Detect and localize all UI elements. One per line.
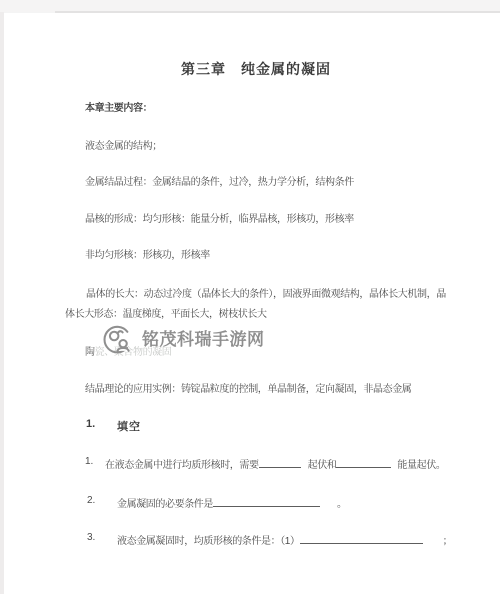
topic-line-heterogeneous-nucleation: 非均匀形核：形核功，形核率 (85, 249, 210, 262)
topic-line-crystal-growth-2: 体长大形态：温度梯度，平面长大，树枝状长大 (65, 308, 267, 321)
question-3: 3. 液态金属凝固时，均质形核的条件是：（1）； (0, 532, 500, 548)
question-1-text-part-3: 能量起伏。 (397, 460, 445, 471)
question-2-number: 2. (87, 495, 95, 506)
question-2-text: 金属凝固的必要条件是。 (117, 495, 347, 510)
question-1-blank-1 (259, 458, 301, 468)
question-3-text-part-1: 液态金属凝固时，均质形核的条件是：（1） (117, 536, 300, 547)
question-3-text: 液态金属凝固时，均质形核的条件是：（1）； (117, 532, 452, 547)
topic-line-crystallization-process: 金属结晶过程：金属结晶的条件，过冷，热力学分析，结构条件 (85, 176, 354, 189)
intro-heading: 本章主要内容： (85, 102, 152, 115)
topic-fragment-visible: 陶 (85, 347, 95, 358)
topic-line-application-examples: 结晶理论的应用实例：铸锭晶粒度的控制，单晶制备，定向凝固，非晶态金属 (85, 383, 411, 396)
watermark-text: 铭茂科瑞手游网 (142, 325, 265, 350)
question-1: 1. 在液态金属中进行均质形核时，需要起伏和能量起伏。 (0, 456, 500, 472)
question-2-text-part-2: 。 (337, 499, 347, 510)
scanned-document-viewport: 第三章 纯金属的凝固 本章主要内容： 液态金属的结构； 金属结晶过程：金属结晶的… (0, 0, 500, 594)
exercise-section-number: 1. (86, 418, 95, 430)
exercise-section-heading: 1. 填空 (0, 418, 500, 432)
topic-line-nucleus-formation: 晶核的形成：均匀形核：能量分析，临界晶核，形核功，形核率 (85, 213, 354, 226)
question-1-text-part-1: 在液态金属中进行均质形核时，需要 (105, 460, 259, 471)
question-1-text-part-2: 起伏和 (308, 460, 337, 471)
exercise-section-title: 填空 (117, 418, 141, 434)
question-1-text: 在液态金属中进行均质形核时，需要起伏和能量起伏。 (105, 456, 445, 471)
question-3-number: 3. (87, 532, 95, 543)
question-1-number: 1. (85, 456, 93, 467)
watermark-camera-person-logo-icon (101, 322, 135, 356)
question-3-text-part-2: ； (443, 536, 453, 547)
question-2: 2. 金属凝固的必要条件是。 (0, 495, 500, 511)
question-3-blank (300, 534, 423, 544)
question-2-text-part-1: 金属凝固的必要条件是 (117, 499, 213, 510)
question-1-blank-2 (336, 458, 391, 468)
question-2-blank (213, 497, 320, 507)
chapter-title: 第三章 纯金属的凝固 (0, 59, 500, 79)
topic-line-liquid-structure: 液态金属的结构； (85, 140, 162, 153)
topic-line-crystal-growth-1: 晶体的长大：动态过冷度（晶体长大的条件），固液界面微观结构，晶体长大机制，晶 (86, 288, 446, 301)
